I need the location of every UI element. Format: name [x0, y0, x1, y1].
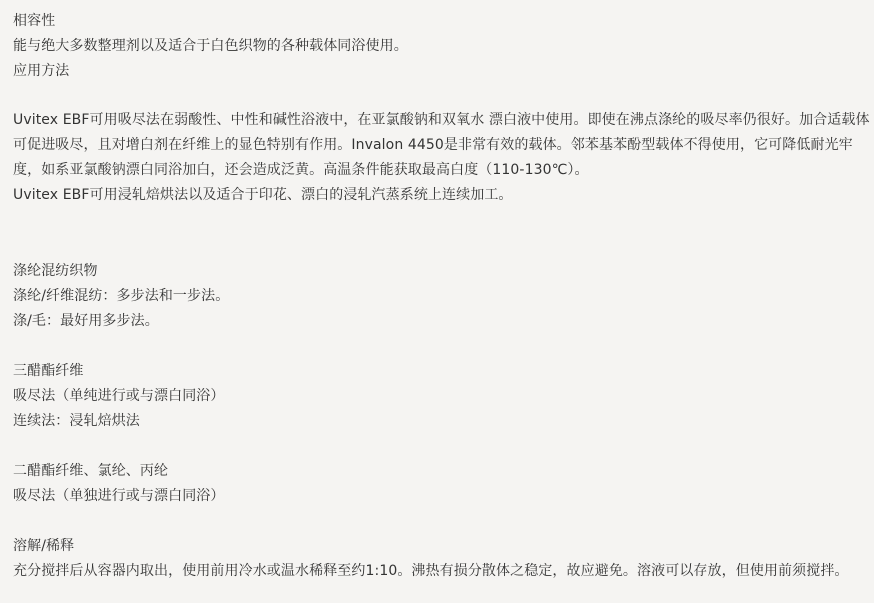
application-paragraph-line: 度，如系亚氯酸钠漂白同浴加白，还会造成泛黄。高温条件能获取最高白度（110-13… — [13, 158, 589, 182]
application-paragraph-line: Uvitex EBF可用浸轧焙烘法以及适合于印花、漂白的浸轧汽蒸系统上连续加工。 — [13, 183, 513, 207]
triacetate-item: 吸尽法（单纯进行或与漂白同浴） — [13, 384, 225, 408]
section-heading-polyester-blends: 涤纶混纺织物 — [13, 259, 98, 283]
compatibility-text: 能与绝大多数整理剂以及适合于白色织物的各种载体同浴使用。 — [13, 34, 408, 58]
triacetate-item: 连续法：浸轧焙烘法 — [13, 409, 140, 433]
diacetate-item: 吸尽法（单独进行或与漂白同浴） — [13, 484, 225, 508]
section-heading-compatibility: 相容性 — [13, 9, 55, 33]
polyester-blends-item: 涤/毛：最好用多步法。 — [13, 309, 159, 333]
dissolution-text: 充分搅拌后从容器内取出，使用前用冷水或温水稀释至约1:10。沸热有损分散体之稳定… — [13, 559, 849, 583]
section-heading-triacetate: 三醋酯纤维 — [13, 359, 84, 383]
application-paragraph-line: Uvitex EBF可用吸尽法在弱酸性、中性和碱性浴液中，在亚氯酸钠和双氧水 漂… — [13, 108, 870, 132]
application-paragraph-line: 可促进吸尽，且对增白剂在纤维上的显色特别有作用。Invalon 4450是非常有… — [13, 133, 853, 157]
section-heading-diacetate: 二醋酯纤维、氯纶、丙纶 — [13, 459, 168, 483]
section-heading-application: 应用方法 — [13, 59, 69, 83]
section-heading-dissolution: 溶解/稀释 — [13, 534, 74, 558]
polyester-blends-item: 涤纶/纤维混纺：多步法和一步法。 — [13, 284, 229, 308]
